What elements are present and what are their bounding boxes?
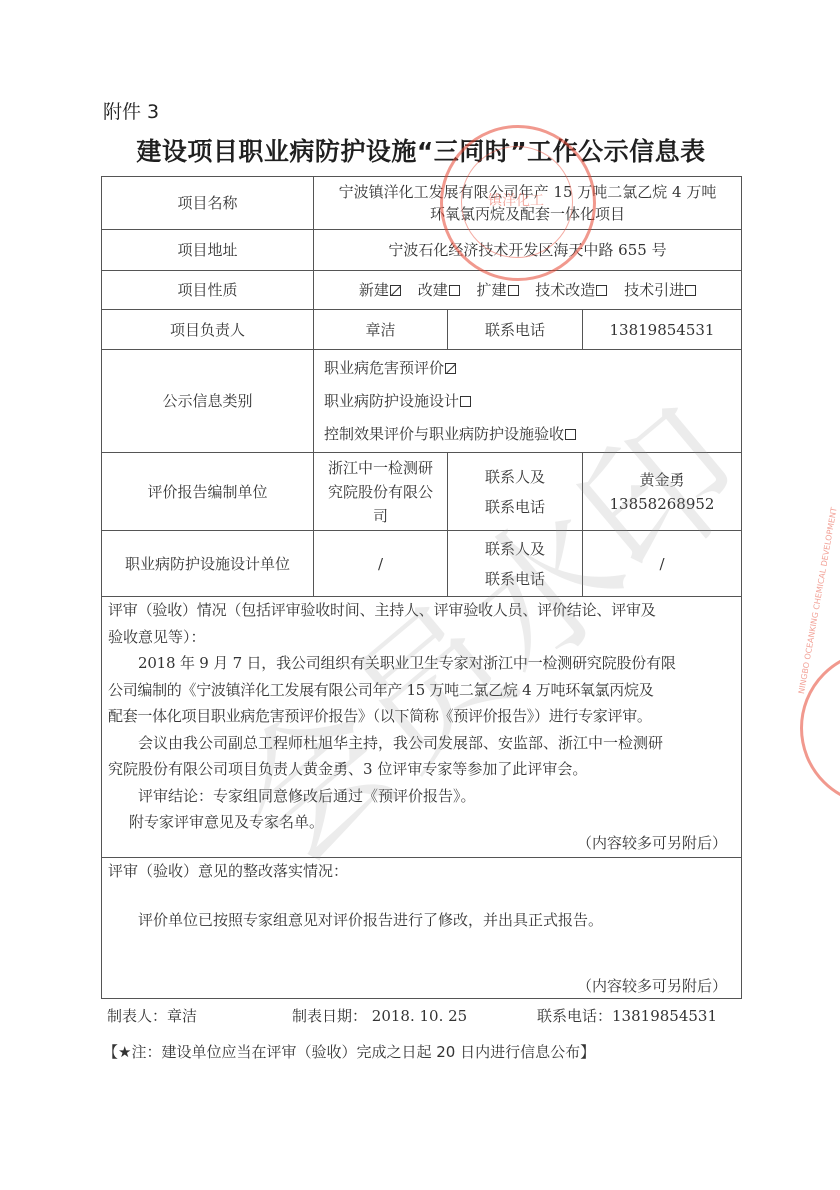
category-option-pre-assessment[interactable]: 职业病危害预评价 <box>324 352 737 385</box>
nature-option-label: 技术改造 <box>535 281 595 299</box>
project-name-line1: 宁波镇洋化工发展有限公司年产 15 万吨二氯乙烷 4 万吨 <box>318 181 737 203</box>
info-category-options: 职业病危害预评价 职业病防护设施设计 控制效果评价与职业病防护设施验收 <box>314 350 742 453</box>
row-review: 评审（验收）情况（包括评审验收时间、主持人、评审验收人员、评价结论、评审及 验收… <box>102 597 742 858</box>
info-table: 项目名称 宁波镇洋化工发展有限公司年产 15 万吨二氯乙烷 4 万吨 环氧氯丙烷… <box>101 176 742 999</box>
row-project-leader: 项目负责人 章洁 联系电话 13819854531 <box>102 310 742 350</box>
checkbox-empty-icon[interactable] <box>685 285 696 296</box>
checkbox-empty-icon[interactable] <box>565 429 576 440</box>
rectification-heading: 评审（验收）意见的整改落实情况： <box>108 858 735 885</box>
row-design-unit: 职业病防护设施设计单位 / 联系人及 联系电话 / <box>102 531 742 597</box>
review-para1-line2: 公司编制的《宁波镇洋化工发展有限公司年产 15 万吨二氯乙烷 4 万吨环氧氯丙烷… <box>108 677 735 704</box>
category-option-label: 职业病危害预评价 <box>324 359 444 377</box>
design-unit-contact: / <box>583 531 742 597</box>
category-option-label: 职业病防护设施设计 <box>324 392 459 410</box>
report-unit-name: 浙江中一检测研 究院股份有限公 司 <box>314 453 448 531</box>
review-para1-line3: 配套一体化项目职业病危害预评价报告》（以下简称《预评价报告》）进行专家评审。 <box>108 703 735 730</box>
report-unit-label: 评价报告编制单位 <box>102 453 314 531</box>
footer-phone: 联系电话：13819854531 <box>537 1005 717 1026</box>
category-option-label: 控制效果评价与职业病防护设施验收 <box>324 425 564 443</box>
review-heading-line2: 验收意见等）： <box>108 624 735 651</box>
review-conclusion: 评审结论：专家组同意修改后通过《预评价报告》。 <box>108 783 735 810</box>
project-leader-name: 章洁 <box>314 310 448 350</box>
review-para2-line1: 会议由我公司副总工程师杜旭华主持，我公司发展部、安监部、浙江中一检测研 <box>108 730 735 757</box>
report-unit-contact: 黄金勇 13858268952 <box>583 453 742 531</box>
nature-option-label: 扩建 <box>476 281 506 299</box>
nature-option-label: 技术引进 <box>624 281 684 299</box>
review-para2-line2: 究院股份有限公司项目负责人黄金勇、3 位评审专家等参加了此评审会。 <box>108 756 735 783</box>
preparer-label: 制表人： <box>107 1007 167 1025</box>
report-unit-contact-name: 黄金勇 <box>587 468 737 492</box>
preparer-name: 章洁 <box>167 1007 197 1025</box>
date-label: 制表日期： <box>292 1007 367 1025</box>
footer-phone-label: 联系电话： <box>537 1007 612 1025</box>
project-leader-phone: 13819854531 <box>583 310 742 350</box>
category-option-design[interactable]: 职业病防护设施设计 <box>324 385 737 418</box>
nature-option-tech-renovation[interactable]: 技术改造 <box>535 279 607 301</box>
nature-option-rebuild[interactable]: 改建 <box>418 279 460 301</box>
checkbox-empty-icon[interactable] <box>508 285 519 296</box>
checkbox-checked-icon[interactable] <box>445 363 456 374</box>
contact-label-line2: 联系电话 <box>452 564 578 594</box>
design-unit-name: / <box>314 531 448 597</box>
project-address-label: 项目地址 <box>102 230 314 271</box>
row-project-nature: 项目性质 新建 改建 扩建 技术改造 技术引进 <box>102 271 742 310</box>
row-report-unit: 评价报告编制单位 浙江中一检测研 究院股份有限公 司 联系人及 联系电话 黄金勇… <box>102 453 742 531</box>
review-para1-line1: 2018 年 9 月 7 日，我公司组织有关职业卫生专家对浙江中一检测研究院股份… <box>108 650 735 677</box>
footer-info: 制表人：章洁 制表日期： 2018. 10. 25 联系电话：138198545… <box>107 1005 727 1026</box>
checkbox-checked-icon[interactable] <box>390 285 401 296</box>
page-title: 建设项目职业病防护设施“三同时”工作公示信息表 <box>101 132 741 168</box>
project-nature-options: 新建 改建 扩建 技术改造 技术引进 <box>314 271 742 310</box>
nature-option-label: 改建 <box>418 281 448 299</box>
project-leader-label: 项目负责人 <box>102 310 314 350</box>
contact-label-line1: 联系人及 <box>452 462 578 492</box>
project-name-label: 项目名称 <box>102 177 314 230</box>
date-value: 2018. 10. 25 <box>372 1007 467 1025</box>
checkbox-empty-icon[interactable] <box>460 396 471 407</box>
preparer: 制表人：章洁 <box>107 1005 292 1026</box>
edge-seal: NINGBO OCEANKING CHEMICAL DEVELOPMENT <box>800 650 840 806</box>
project-leader-phone-label: 联系电话 <box>448 310 583 350</box>
report-unit-name-line2: 究院股份有限公 <box>318 480 443 504</box>
footer-phone-value: 13819854531 <box>612 1007 717 1025</box>
contact-label-line2: 联系电话 <box>452 492 578 522</box>
report-unit-name-line1: 浙江中一检测研 <box>318 456 443 480</box>
project-name-value: 宁波镇洋化工发展有限公司年产 15 万吨二氯乙烷 4 万吨 环氧氯丙烷及配套一体… <box>314 177 742 230</box>
checkbox-empty-icon[interactable] <box>449 285 460 296</box>
review-section: 评审（验收）情况（包括评审验收时间、主持人、评审验收人员、评价结论、评审及 验收… <box>102 597 742 858</box>
project-nature-label: 项目性质 <box>102 271 314 310</box>
prepared-date: 制表日期： 2018. 10. 25 <box>292 1005 537 1026</box>
attachment-label: 附件 3 <box>103 97 159 124</box>
contact-label-line1: 联系人及 <box>452 534 578 564</box>
category-option-acceptance[interactable]: 控制效果评价与职业病防护设施验收 <box>324 418 737 451</box>
nature-option-expand[interactable]: 扩建 <box>476 279 518 301</box>
nature-option-label: 新建 <box>359 281 389 299</box>
row-rectification: 评审（验收）意见的整改落实情况： 评价单位已按照专家组意见对评价报告进行了修改，… <box>102 858 742 999</box>
edge-seal-text: NINGBO OCEANKING CHEMICAL DEVELOPMENT <box>797 507 839 695</box>
rectification-section: 评审（验收）意见的整改落实情况： 评价单位已按照专家组意见对评价报告进行了修改，… <box>102 858 742 999</box>
rectification-more-note: （内容较多可另附后） <box>108 974 735 998</box>
report-unit-contact-label: 联系人及 联系电话 <box>448 453 583 531</box>
checkbox-empty-icon[interactable] <box>596 285 607 296</box>
row-info-category: 公示信息类别 职业病危害预评价 职业病防护设施设计 控制效果评价与职业病防护设施… <box>102 350 742 453</box>
project-address-value: 宁波石化经济技术开发区海天中路 655 号 <box>314 230 742 271</box>
review-heading-line1: 评审（验收）情况（包括评审验收时间、主持人、评审验收人员、评价结论、评审及 <box>108 597 735 624</box>
row-project-name: 项目名称 宁波镇洋化工发展有限公司年产 15 万吨二氯乙烷 4 万吨 环氧氯丙烷… <box>102 177 742 230</box>
nature-option-new[interactable]: 新建 <box>359 279 401 301</box>
rectification-content: 评价单位已按照专家组意见对评价报告进行了修改，并出具正式报告。 <box>108 907 735 934</box>
nature-option-tech-import[interactable]: 技术引进 <box>624 279 696 301</box>
project-name-line2: 环氧氯丙烷及配套一体化项目 <box>318 203 737 225</box>
design-unit-contact-label: 联系人及 联系电话 <box>448 531 583 597</box>
design-unit-label: 职业病防护设施设计单位 <box>102 531 314 597</box>
footer-note: 【★注：建设单位应当在评审（验收）完成之日起 20 日内进行信息公布】 <box>103 1041 595 1062</box>
report-unit-contact-phone: 13858268952 <box>587 492 737 516</box>
info-category-label: 公示信息类别 <box>102 350 314 453</box>
report-unit-name-line3: 司 <box>318 504 443 528</box>
row-project-address: 项目地址 宁波石化经济技术开发区海天中路 655 号 <box>102 230 742 271</box>
